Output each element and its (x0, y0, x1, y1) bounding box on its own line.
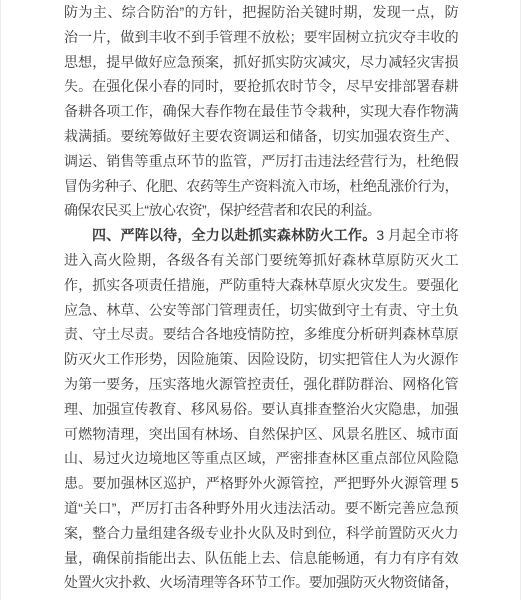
text-line: 治一片，做到丰收不到手管理不放松；要牢固树立抗灾夺丰收的 (64, 25, 458, 50)
text-line: 应急、林草、公安等部门管理责任，切实做到守土有责、守土负 (64, 298, 458, 323)
text-line: 防灭火工作形势，因险施策、因险设防，切实把管住人为火源作 (64, 347, 458, 372)
text-line: 防为主、综合防治”的方针，把握防治关键时期，发现一点，防 (64, 0, 458, 25)
text-line: 思想，提早做好应急预案，抓好抓实防灾减灾，尽力减轻灾害损 (64, 50, 458, 75)
text-line: 进入高火险期，各级各有关部门要统筹抓好森林草原防灭火工 (64, 248, 458, 273)
text-line: 可燃物清理，突出国有林场、自然保护区、风景名胜区、城市面 (64, 422, 458, 447)
text-line: 责、守土尽责。要结合各地疫情防控，多维度分析研判森林草原 (64, 322, 458, 347)
text-line-paragraph-end: 确保农民买上“放心农资”，保护经营者和农民的利益。 (64, 198, 458, 223)
text-line: 山、易过火边境地区等重点区域，严密排查林区重点部位风险隐 (64, 446, 458, 471)
text-line: 冒伪劣种子、化肥、农药等生产资料流入市场，杜绝乱涨价行为， (64, 174, 458, 199)
section-heading-rest-text: 3 月起全市将 (376, 227, 458, 243)
text-line: 失。在强化保小春的同时，要抢抓农时节令，尽早安排部署春耕 (64, 74, 458, 99)
text-line: 处置火灾扑救、火场清理等各环节工作。要加强防灭火物资储备， (64, 570, 458, 595)
text-line: 作，抓实各项责任措施，严防重特大森林草原火灾发生。要强化 (64, 273, 458, 298)
text-line: 备耕各项工作，确保大春作物在最佳节令栽种，实现大春作物满 (64, 99, 458, 124)
text-line: 案，整合力量组建各级专业扑火队及时到位，科学前置防灭火力 (64, 521, 458, 546)
text-line: 为第一要务，压实落地火源管控责任，强化群防群治、网格化管 (64, 372, 458, 397)
document-page: 防为主、综合防治”的方针，把握防治关键时期，发现一点，防 治一片，做到丰收不到手… (0, 0, 521, 600)
text-line: 调运、销售等重点环节的监管，严厉打击违法经营行为，杜绝假 (64, 149, 458, 174)
text-line: 栽满插。要统筹做好主要农资调运和储备，切实加强农资生产、 (64, 124, 458, 149)
text-line: 理、加强宣传教育、移风易俗。要认真排查整治火灾隐患，加强 (64, 397, 458, 422)
text-line: 道“关口”，严厉打击各种野外用火违法活动。要不断完善应急预 (64, 496, 458, 521)
text-line: 量，确保前指能出去、队伍能上去、信息能畅通，有力有序有效 (64, 546, 458, 571)
text-line-section-heading: 四、严阵以待，全力以赴抓实森林防火工作。3 月起全市将 (64, 223, 458, 248)
document-text-block: 防为主、综合防治”的方针，把握防治关键时期，发现一点，防 治一片，做到丰收不到手… (64, 0, 458, 595)
section-heading-bold-text: 四、严阵以待，全力以赴抓实森林防火工作。 (92, 227, 376, 243)
text-line: 患。要加强林区巡护，严格野外火源管控，严把野外火源管理 5 (64, 471, 458, 496)
